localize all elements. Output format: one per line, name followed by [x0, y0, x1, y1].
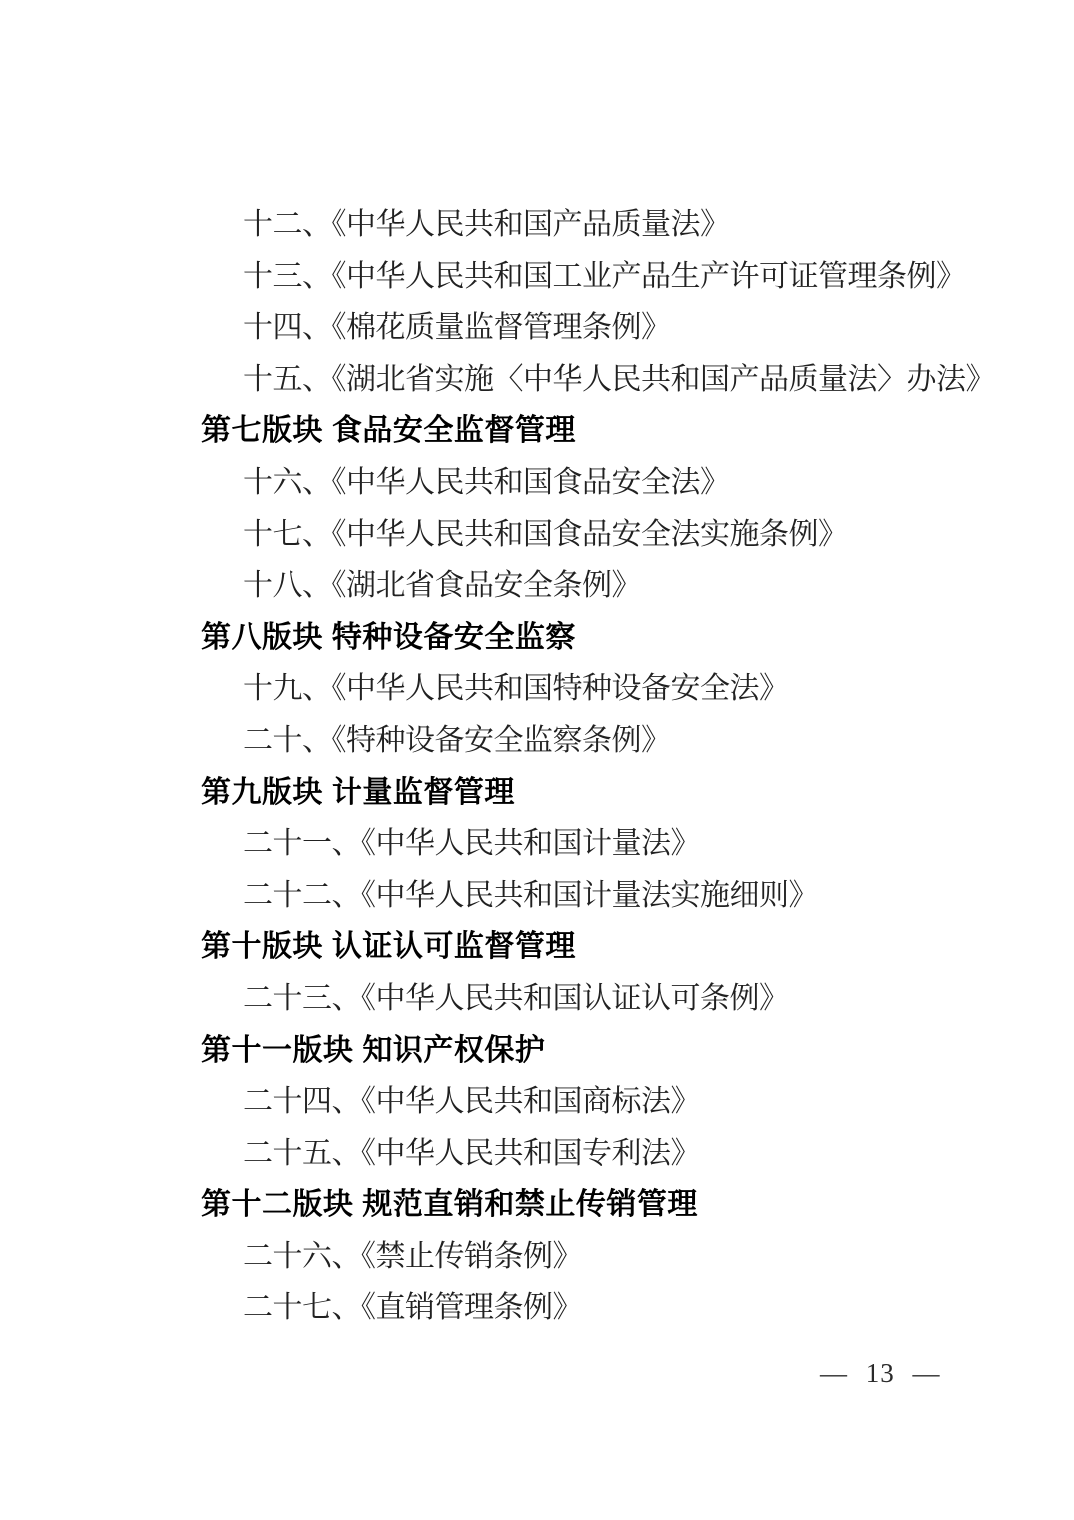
section-heading: 第十二版块 规范直销和禁止传销管理: [201, 1179, 1074, 1231]
page-number: — 13 —: [820, 1358, 941, 1389]
toc-item: 二十六、《禁止传销条例》: [243, 1231, 1074, 1283]
toc-item: 十七、《中华人民共和国食品安全法实施条例》: [243, 509, 1074, 561]
toc-item: 十六、《中华人民共和国食品安全法》: [243, 457, 1074, 509]
toc-item: 十八、《湖北省食品安全条例》: [243, 560, 1074, 612]
toc-item: 十九、《中华人民共和国特种设备安全法》: [243, 663, 1074, 715]
toc-item: 十三、《中华人民共和国工业产品生产许可证管理条例》: [243, 251, 1074, 303]
toc-item: 二十五、《中华人民共和国专利法》: [243, 1128, 1074, 1180]
section-heading: 第九版块 计量监督管理: [201, 767, 1074, 819]
section-heading: 第十版块 认证认可监督管理: [201, 921, 1074, 973]
toc-item: 十四、《棉花质量监督管理条例》: [243, 302, 1074, 354]
document-page: 十二、《中华人民共和国产品质量法》 十三、《中华人民共和国工业产品生产许可证管理…: [0, 0, 1074, 1520]
section-heading: 第八版块 特种设备安全监察: [201, 612, 1074, 664]
toc-item: 二十、《特种设备安全监察条例》: [243, 715, 1074, 767]
toc-item: 二十二、《中华人民共和国计量法实施细则》: [243, 870, 1074, 922]
toc-item: 二十七、《直销管理条例》: [243, 1282, 1074, 1334]
toc-item: 十二、《中华人民共和国产品质量法》: [243, 199, 1074, 251]
toc-list: 十二、《中华人民共和国产品质量法》 十三、《中华人民共和国工业产品生产许可证管理…: [0, 199, 1074, 1334]
toc-item: 十五、《湖北省实施〈中华人民共和国产品质量法〉办法》: [243, 354, 1074, 406]
toc-item: 二十三、《中华人民共和国认证认可条例》: [243, 973, 1074, 1025]
toc-item: 二十四、《中华人民共和国商标法》: [243, 1076, 1074, 1128]
toc-item: 二十一、《中华人民共和国计量法》: [243, 818, 1074, 870]
section-heading: 第七版块 食品安全监督管理: [201, 405, 1074, 457]
section-heading: 第十一版块 知识产权保护: [201, 1025, 1074, 1077]
